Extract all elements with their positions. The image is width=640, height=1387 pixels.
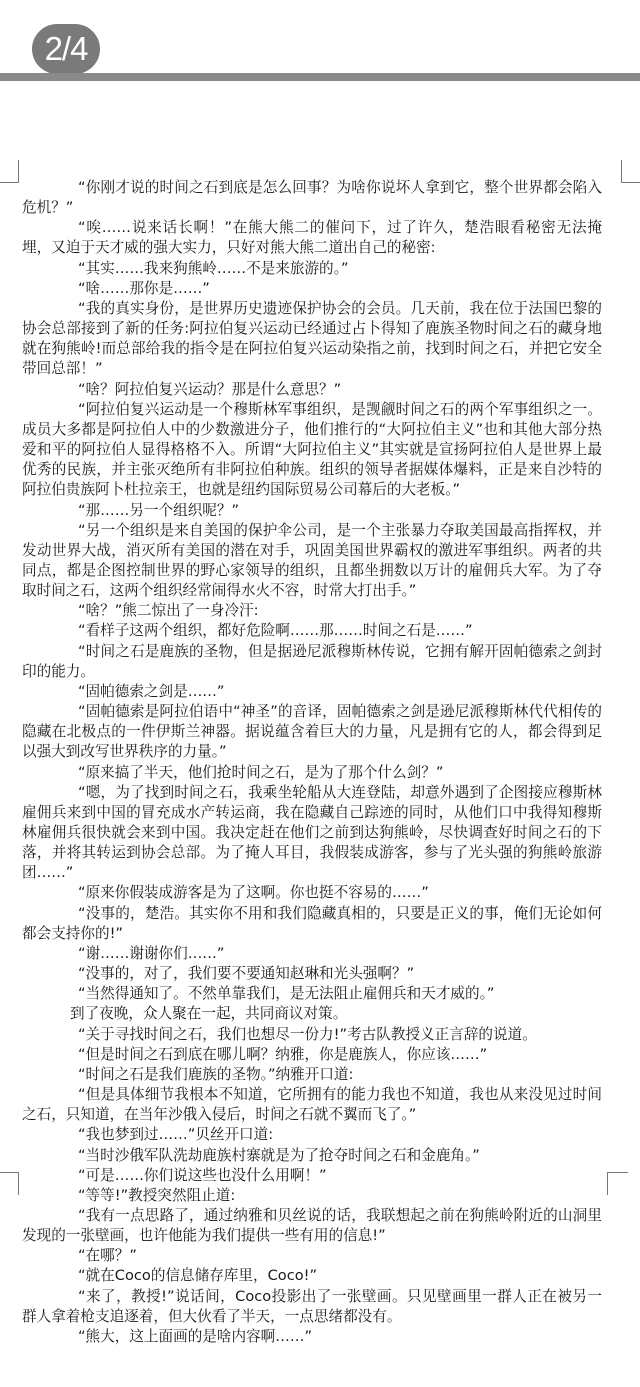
paragraph: 到了夜晚，众人聚在一起，共同商议对策。: [22, 1004, 602, 1024]
paragraph: “当然得通知了。不然单靠我们，是无法阻止雇佣兵和天才威的。”: [22, 984, 602, 1004]
paragraph: “嗯，为了找到时间之石，我乘坐轮船从大连登陆，却意外遇到了企图接应穆斯林雇佣兵来…: [22, 783, 602, 884]
paragraph: “但是具体细节我根本不知道，它所拥有的能力我也不知道，我也从来没见过时间之石，只…: [22, 1085, 602, 1125]
paragraph: “啥？”熊二惊出了一身冷汗:: [22, 601, 602, 621]
paragraph: “我的真实身份，是世界历史遗迹保护协会的会员。几天前，我在位于法国巴黎的协会总部…: [22, 299, 602, 380]
paragraph: “固帕德索是阿拉伯语中“神圣”的音译，固帕德索之剑是逊尼派穆斯林代代相传的隐藏在…: [22, 702, 602, 762]
crop-mark-top-right: [621, 160, 640, 183]
paragraph: “啥？阿拉伯复兴运动？那是什么意思？”: [22, 380, 602, 400]
paragraph: “没事的，楚浩。其实你不用和我们隐藏真相的，只要是正义的事，俺们无论如何都会支持…: [22, 904, 602, 944]
paragraph: “就在Coco的信息储存库里，Coco!”: [22, 1266, 602, 1286]
paragraph: “但是时间之石到底在哪儿啊？纳雅，你是鹿族人，你应该……”: [22, 1045, 602, 1065]
crop-mark-bottom-left: [0, 1172, 19, 1195]
paragraph: “原来搞了半天，他们抢时间之石，是为了那个什么剑？”: [22, 763, 602, 783]
paragraph: “在哪？”: [22, 1246, 602, 1266]
crop-mark-top-left: [0, 160, 19, 183]
paragraph: “看样子这两个组织，都好危险啊……那……时间之石是……”: [22, 621, 602, 641]
paragraph: “你刚才说的时间之石到底是怎么回事？为啥你说坏人拿到它，整个世界都会陷入危机？”: [22, 178, 602, 218]
paragraph: “那……另一个组织呢？”: [22, 501, 602, 521]
page-indicator-badge: 2/4: [32, 24, 100, 74]
paragraph: “关于寻找时间之石，我们也想尽一份力!”考古队教授义正言辞的说道。: [22, 1025, 602, 1045]
paragraph: “等等!”教授突然阻止道:: [22, 1186, 602, 1206]
paragraph: “我也梦到过……”贝丝开口道:: [22, 1125, 602, 1145]
paragraph: “唉……说来话长啊！”在熊大熊二的催问下，过了许久，楚浩眼看秘密无法掩埋，又迫于…: [22, 218, 602, 258]
paragraph: “原来你假装成游客是为了这啊。你也挺不容易的……”: [22, 883, 602, 903]
header-divider: [0, 73, 640, 81]
paragraph: “没事的，对了，我们要不要通知赵琳和光头强啊？”: [22, 964, 602, 984]
paragraph: “啥……那你是……”: [22, 279, 602, 299]
paragraph: “时间之石是我们鹿族的圣物。”纳雅开口道:: [22, 1065, 602, 1085]
paragraph: “我有一点思路了，通过纳雅和贝丝说的话，我联想起之前在狗熊岭附近的山洞里发现的一…: [22, 1206, 602, 1246]
paragraph: “阿拉伯复兴运动是一个穆斯林军事组织，是觊觎时间之石的两个军事组织之一。成员大多…: [22, 400, 602, 501]
crop-mark-bottom-right: [607, 1172, 628, 1195]
document-body: “你刚才说的时间之石到底是怎么回事？为啥你说坏人拿到它，整个世界都会陷入危机？”…: [22, 178, 602, 1347]
paragraph: “固帕德索之剑是……”: [22, 682, 602, 702]
paragraph: “谢……谢谢你们……”: [22, 944, 602, 964]
paragraph: “来了，教授!”说话间，Coco投影出了一张壁画。只见壁画里一群人正在被另一群人…: [22, 1287, 602, 1327]
paragraph: “另一个组织是来自美国的保护伞公司，是一个主张暴力夺取美国最高指挥权，并发动世界…: [22, 521, 602, 602]
paragraph: “熊大，这上面画的是啥内容啊……”: [22, 1327, 602, 1347]
paragraph: “可是……你们说这些也没什么用啊！”: [22, 1166, 602, 1186]
paragraph: “时间之石是鹿族的圣物，但是据逊尼派穆斯林传说，它拥有解开固帕德索之剑封印的能力…: [22, 642, 602, 682]
paragraph: “当时沙俄军队洗劫鹿族村寨就是为了抢夺时间之石和金鹿角。”: [22, 1146, 602, 1166]
paragraph: “其实……我来狗熊岭……不是来旅游的。”: [22, 259, 602, 279]
